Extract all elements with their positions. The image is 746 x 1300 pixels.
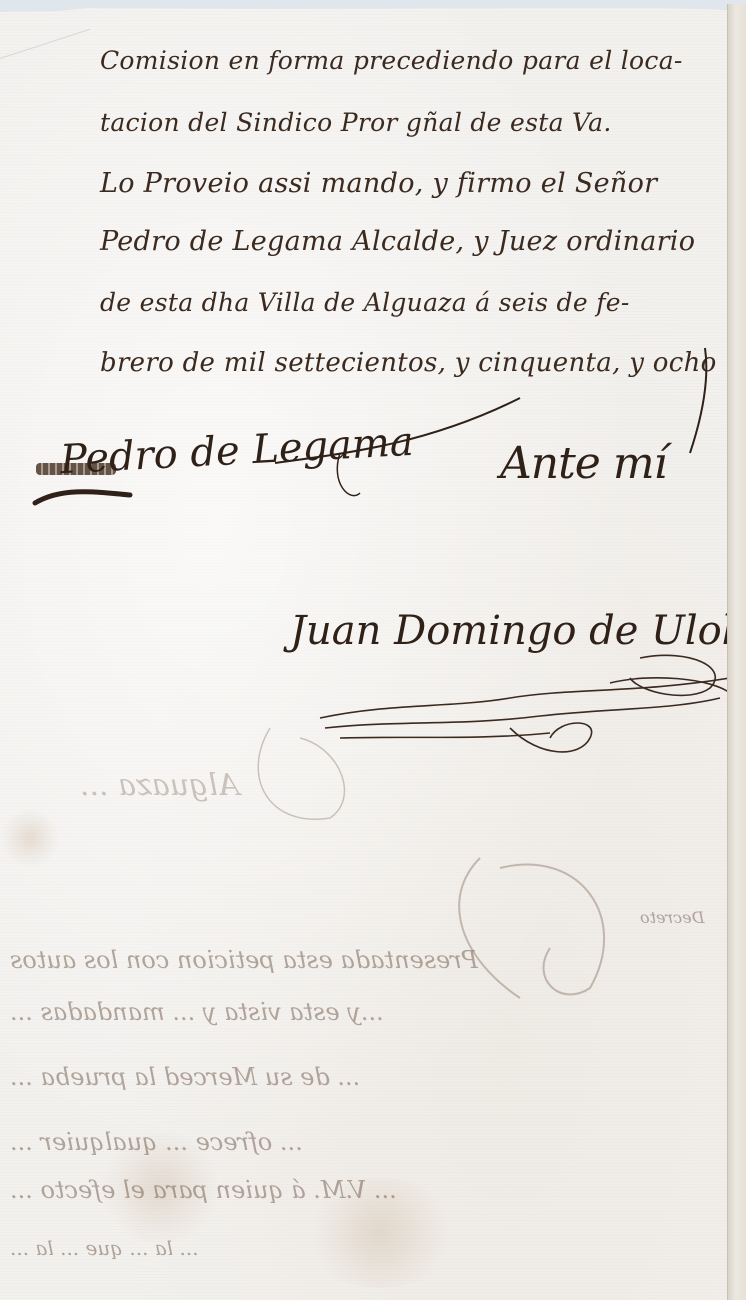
page-fold-crease	[0, 0, 90, 59]
signature-flourish	[270, 393, 530, 513]
manuscript-line: tacion del Sindico Pror gñal de esta Va.	[100, 108, 612, 137]
rubric-flourish	[310, 648, 735, 778]
bleed-through-line: ... la ... que ... la ...	[10, 1236, 199, 1260]
manuscript-line: Pedro de Legama Alcalde, y Juez ordinari…	[100, 226, 695, 257]
adjacent-page-edge	[727, 4, 746, 1300]
bleed-through-line: ...y esta vista y ... mandadas ...	[10, 998, 384, 1026]
manuscript-line: de esta dha Villa de Alguaza á seis de f…	[100, 288, 630, 317]
manuscript-line: Lo Proveio assi mando, y firmo el Señor	[100, 168, 657, 199]
paper-stain	[0, 808, 60, 868]
bleed-through-flourish	[440, 838, 640, 1018]
bleed-through-text: Alguaza ...	[80, 768, 240, 803]
bleed-through-line: ... V.M. á quien para el efecto ...	[10, 1176, 397, 1204]
bleed-through-line: ... ofrece ... qualquier ...	[10, 1128, 303, 1156]
signature-flourish	[680, 343, 720, 463]
manuscript-line: brero de mil settecientos, y cinquenta, …	[100, 348, 717, 378]
bleed-through-line: ... de su Merced la prueba ...	[10, 1063, 360, 1091]
bleed-through-margin-note: Decreto	[640, 908, 704, 927]
signature-ante-mi: Ante mí	[500, 438, 667, 489]
bleed-through-line: Presentada esta peticion con los autos	[10, 946, 478, 974]
manuscript-line: Comision en forma precediendo para el lo…	[100, 46, 683, 75]
manuscript-page: Alguaza ... Decreto Presentada esta peti…	[0, 8, 727, 1300]
